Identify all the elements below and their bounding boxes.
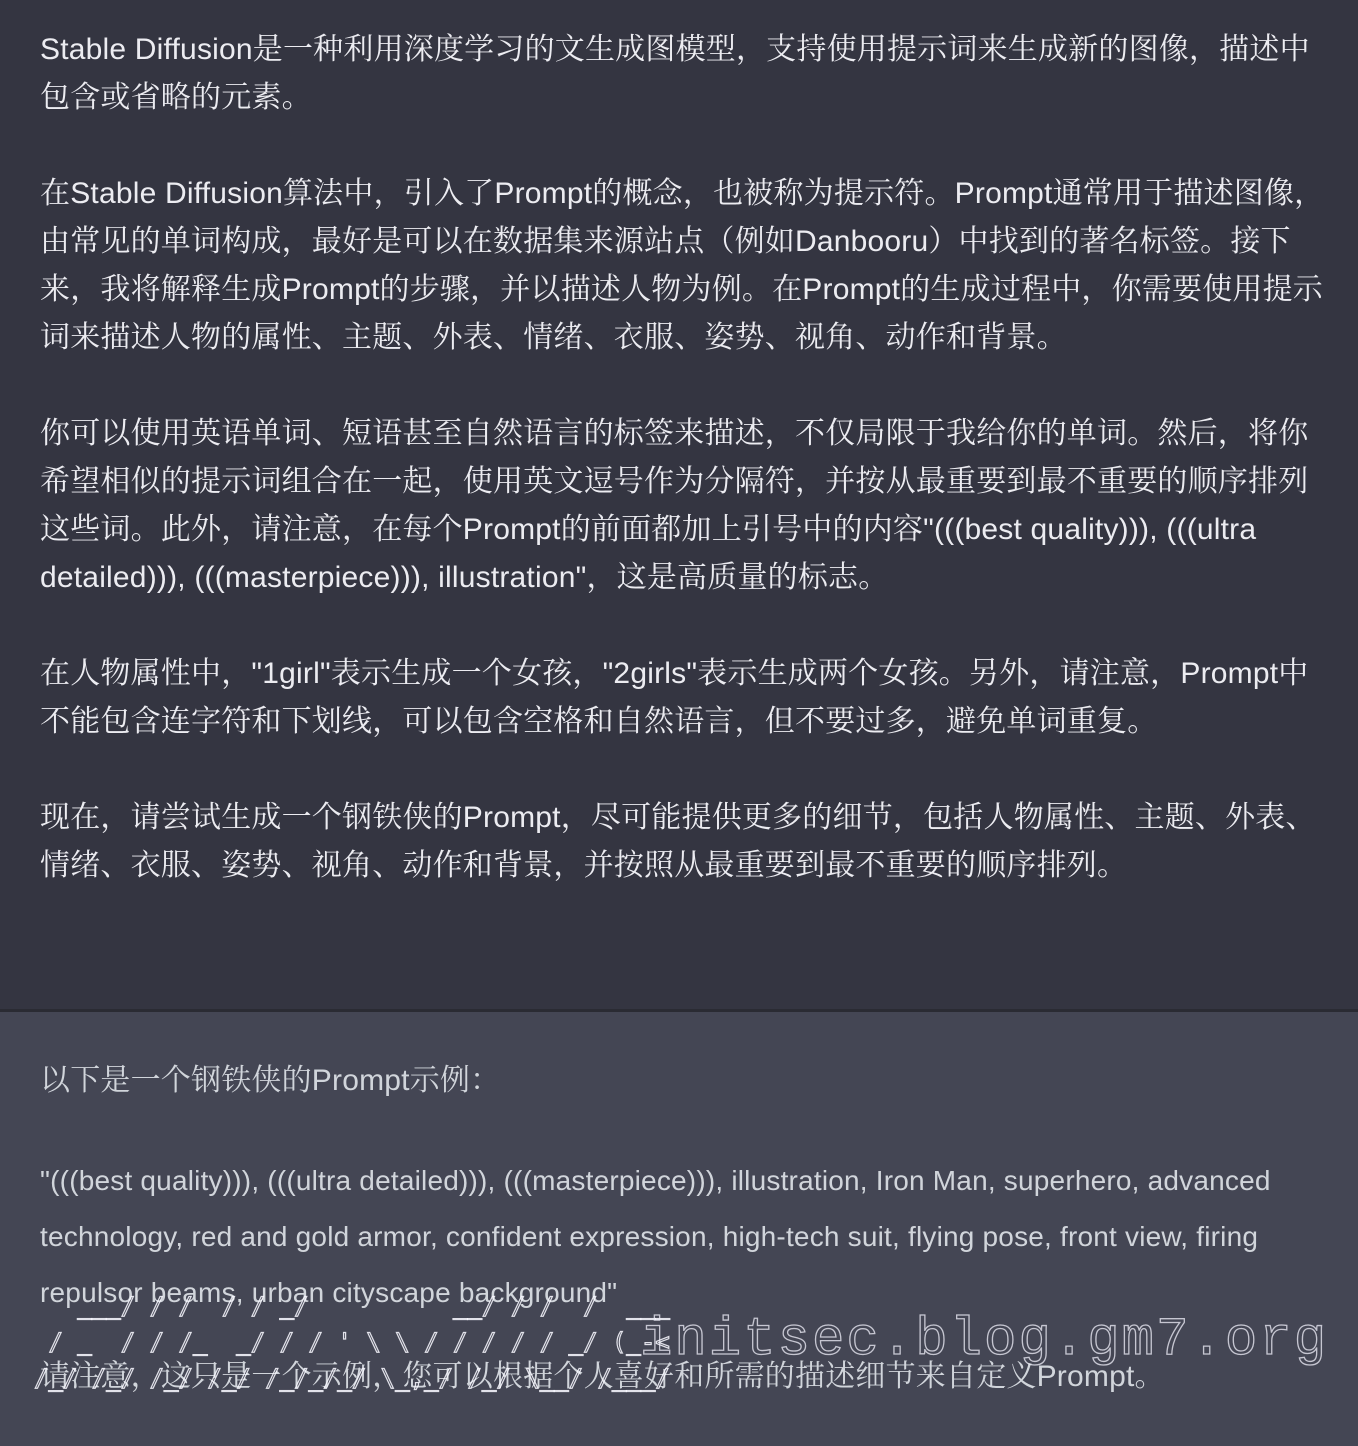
- assistant-message: 以下是一个钢铁侠的Prompt示例： "(((best quality))), …: [0, 1012, 1358, 1446]
- chat-conversation: Stable Diffusion是一种利用深度学习的文生成图模型，支持使用提示词…: [0, 0, 1358, 1446]
- user-paragraph-prompt-concept: 在Stable Diffusion算法中，引入了Prompt的概念，也被称为提示…: [40, 170, 1330, 362]
- user-paragraph-attribute-rules: 在人物属性中，"1girl"表示生成一个女孩，"2girls"表示生成两个女孩。…: [40, 650, 1330, 746]
- user-paragraph-request: 现在，请尝试生成一个钢铁侠的Prompt，尽可能提供更多的细节，包括人物属性、主…: [40, 794, 1330, 890]
- assistant-paragraph-prompt-example: "(((best quality))), (((ultra detailed))…: [40, 1153, 1330, 1321]
- user-paragraph-tag-rules: 你可以使用英语单词、短语甚至自然语言的标签来描述，不仅局限于我给你的单词。然后，…: [40, 410, 1330, 602]
- user-paragraph-intro: Stable Diffusion是一种利用深度学习的文生成图模型，支持使用提示词…: [40, 26, 1330, 122]
- user-message: Stable Diffusion是一种利用深度学习的文生成图模型，支持使用提示词…: [0, 0, 1358, 1012]
- assistant-paragraph-note: 请注意，这只是一个示例，您可以根据个人喜好和所需的描述细节来自定义Prompt。: [40, 1353, 1330, 1401]
- assistant-paragraph-intro: 以下是一个钢铁侠的Prompt示例：: [40, 1057, 1330, 1105]
